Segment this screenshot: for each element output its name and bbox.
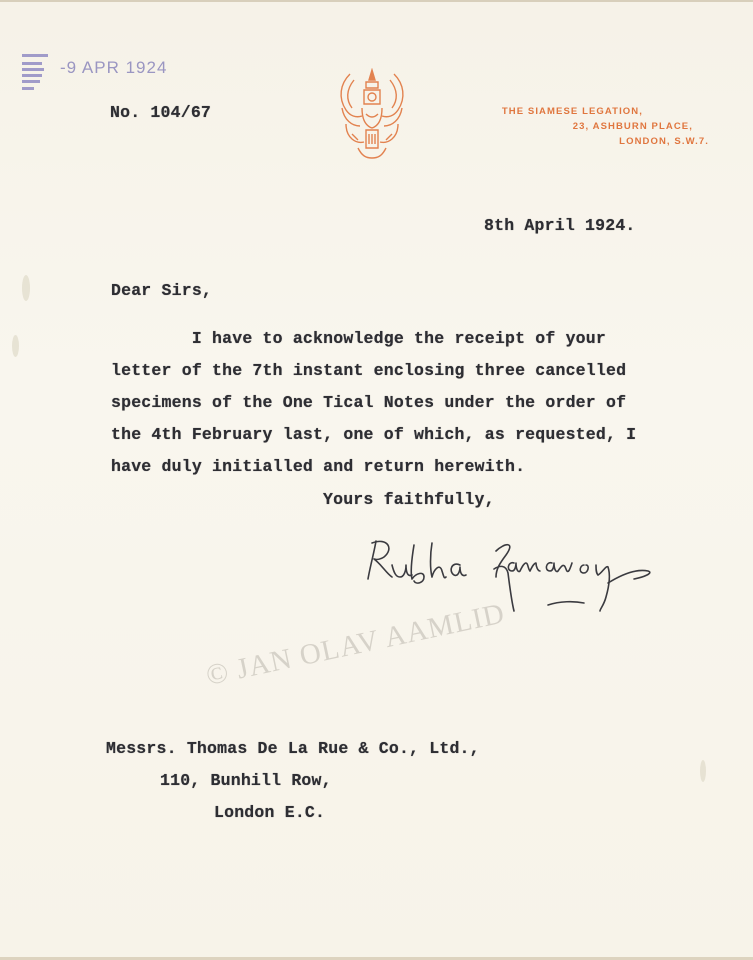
closing: Yours faithfully,: [323, 490, 495, 509]
recipient-line-2: 110, Bunhill Row,: [160, 771, 332, 790]
body-line: I have to acknowledge the receipt of you…: [111, 329, 606, 348]
letterhead-address: THE SIAMESE LEGATION, 23, ASHBURN PLACE,…: [502, 104, 709, 149]
received-stamp: -9 APR 1924: [18, 52, 178, 92]
garuda-crest-icon: [336, 68, 408, 160]
letterhead-line-2: 23, ASHBURN PLACE,: [502, 119, 693, 134]
body-line: have duly initialled and return herewith…: [111, 457, 525, 476]
reference-number: No. 104/67: [110, 103, 211, 122]
recipient-line-3: London E.C.: [214, 803, 325, 822]
letterhead-line-1: THE SIAMESE LEGATION,: [502, 104, 643, 119]
recipient-line-1: Messrs. Thomas De La Rue & Co., Ltd.,: [106, 739, 480, 758]
letter-date: 8th April 1924.: [484, 216, 636, 235]
paper-stain: [12, 335, 19, 357]
paper-stain: [22, 275, 30, 301]
body-line: letter of the 7th instant enclosing thre…: [111, 361, 626, 380]
body-line: the 4th February last, one of which, as …: [111, 425, 636, 444]
salutation: Dear Sirs,: [111, 281, 212, 300]
body-line: specimens of the One Tical Notes under t…: [111, 393, 626, 412]
paper-stain: [700, 760, 706, 782]
letterhead-line-3: LONDON, S.W.7.: [502, 134, 709, 149]
letter-page: -9 APR 1924 No. 104/67 THE SIAMESE: [0, 0, 753, 960]
copyright-watermark: © JAN OLAV AAMLID: [203, 597, 508, 693]
stamp-date: -9 APR 1924: [60, 58, 167, 78]
